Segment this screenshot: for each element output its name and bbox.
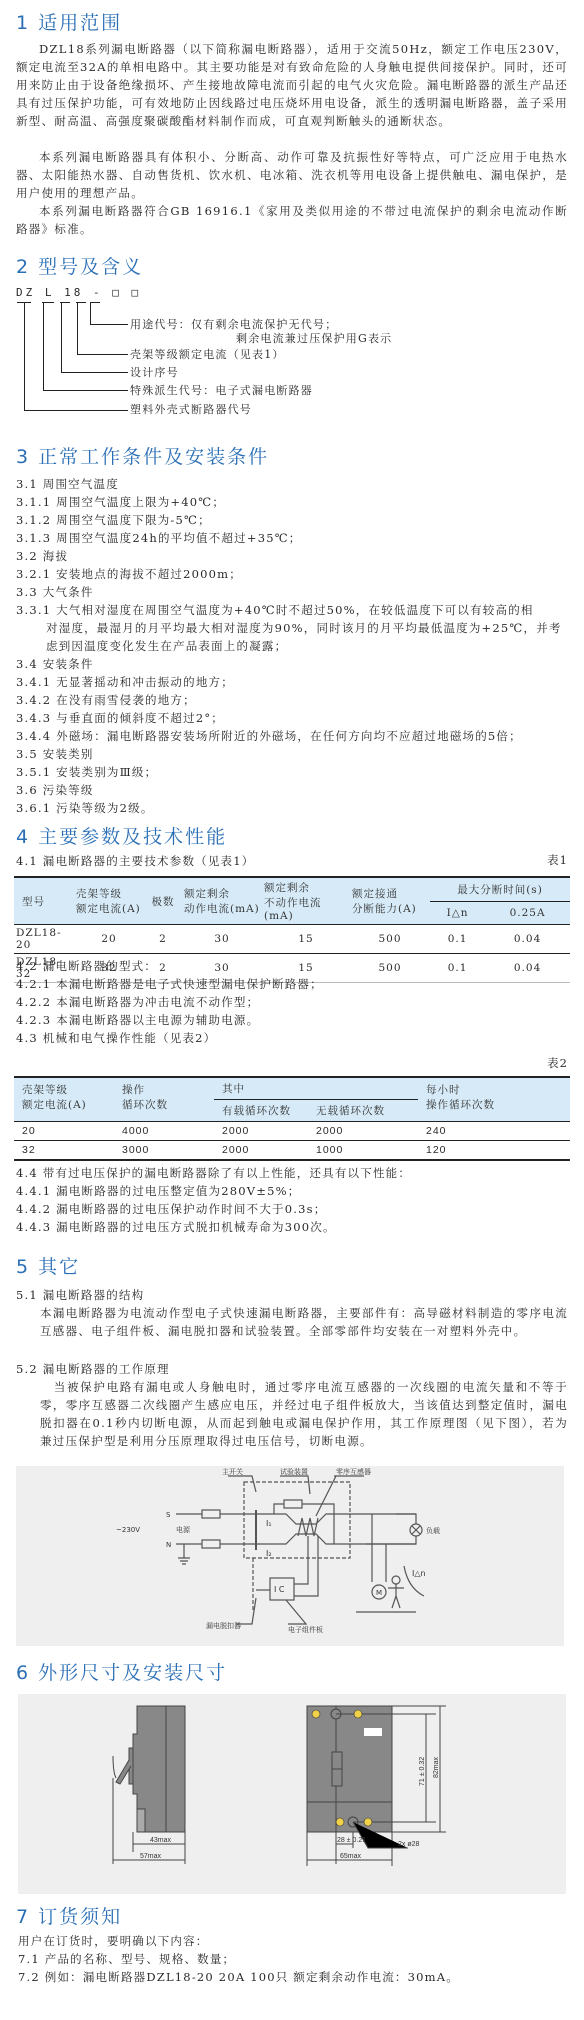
param-intro: 4.1 漏电断路器的主要技术参数（见表1） [16, 852, 254, 870]
type-item: 4.2.3 本漏电断路器以主电源为辅助电源。 [16, 1011, 259, 1029]
col-of-which: 其中 [214, 1077, 418, 1100]
table-row: 20 4000 2000 2000 240 [14, 1122, 570, 1141]
structure-heading: 5.1 漏电断路器的结构 [16, 1286, 144, 1304]
label-main-switch: 主开关 [222, 1467, 243, 1476]
table-row: 32 3000 2000 1000 120 [14, 1141, 570, 1161]
section-1-paragraph-2: 本系列漏电断路器具有体积小、分断高、动作可靠及抗振性好等特点，可广泛应用于电热水… [16, 148, 568, 202]
label-i1: I₁ [266, 1519, 272, 1528]
condition-item: 3.5.1 安装类别为Ⅲ级； [16, 763, 157, 781]
type-item: 4.2.2 本漏电断路器为冲击电流不动作型； [16, 993, 259, 1011]
condition-item-331-head: 3.3.1 大气相对湿度在周围空气温度为+40℃时不超过50%，在较低温度下可以… [16, 603, 534, 617]
label-i2: I₂ [266, 1549, 272, 1558]
col-op-cycles: 操作循环次数 [114, 1077, 214, 1122]
col-max-break-time: 最大分断时间(s) [430, 877, 570, 902]
principle-paragraph: 当被保护电路有漏电或人身触电时，通过零序电流互感器的一次线圈的电流矢量和不等于零… [40, 1378, 568, 1450]
code-desc-mccb: 塑料外壳式断路器代号 [130, 401, 252, 417]
principle-heading: 5.2 漏电断路器的工作原理 [16, 1360, 170, 1378]
outline-dimensions: 43max 57max 28 ± 0.21 65max 2x ø28 71 ± … [18, 1694, 566, 1894]
condition-item: 3.6 污染等级 [16, 781, 94, 799]
col-noload-cycles: 无载循环次数 [308, 1100, 418, 1122]
table-2-operating-performance: 壳架等级额定电流(A) 操作循环次数 其中 每小时操作循环次数 有载循环次数 无… [14, 1076, 570, 1161]
overvoltage-item: 4.4.3 漏电断路器的过电压方式脱扣机械寿命为300次。 [16, 1218, 336, 1236]
order-item: 7.1 产品的名称、型号、规格、数量； [18, 1950, 235, 1968]
type-item: 4.2.1 本漏电断路器是电子式快速型漏电保护断路器； [16, 975, 323, 993]
section-5-title: 5 其它 [16, 1252, 80, 1279]
dim-71: 71 ± 0.32 [419, 1757, 426, 1786]
code-desc-usage-g: 剩余电流兼过压保护用G表示 [236, 330, 392, 346]
condition-item: 3.1.2 周围空气温度下限为-5℃； [16, 511, 211, 529]
condition-item: 3.2.1 安装地点的海拔不超过2000m； [16, 565, 242, 583]
condition-item-331-rest: 对湿度，最湿月的月平均最大相对湿度为90%，同时该月的月平均最低温度为+25℃，… [16, 619, 568, 655]
col-load-cycles: 有载循环次数 [214, 1100, 308, 1122]
col-breaking-capacity: 额定接通分断能力(A) [350, 877, 430, 925]
model-code: DZ L 18 - □ □ [16, 286, 141, 299]
condition-item: 3.2 海拔 [16, 547, 68, 565]
condition-item: 3.4.1 无显著摇动和冲击振动的地方； [16, 673, 234, 691]
dim-65max: 65max [340, 1853, 362, 1860]
label-trip: 漏电脱扣器 [206, 1621, 241, 1630]
condition-item: 3.1.1 周围空气温度上限为+40℃； [16, 493, 225, 511]
condition-item: 3.1.3 周围空气温度24h的平均值不超过+35℃； [16, 529, 302, 547]
label-zct: 零序互感器 [336, 1467, 371, 1476]
type-item: 4.3 机械和电气操作性能（见表2） [16, 1029, 216, 1047]
section-1-paragraph-3: 本系列漏电断路器符合GB 16916.1《家用及类似用途的不带过电流保护的剩余电… [16, 202, 568, 238]
type-item: 4.2 漏电断路器的型式： [16, 957, 157, 975]
section-2-title: 2 型号及含义 [16, 252, 143, 279]
label-power: 电源 [176, 1525, 191, 1534]
label-n: N [166, 1541, 171, 1549]
label-board: 电子组件板 [288, 1625, 323, 1634]
section-3-title: 3 正常工作条件及安装条件 [16, 442, 269, 469]
code-desc-design-serial: 设计序号 [130, 364, 179, 380]
col-non-operating: 额定剩余不动作电流(mA) [262, 877, 350, 925]
overvoltage-item: 4.4.2 漏电断路器的过电压保护动作时间不大于0.3s； [16, 1200, 326, 1218]
overvoltage-item: 4.4 带有过电压保护的漏电断路器除了有以上性能，还具有以下性能： [16, 1164, 411, 1182]
label-ic: I C [274, 1585, 285, 1594]
label-test-device: 试验装置 [280, 1467, 308, 1476]
dim-43max: 43max [150, 1837, 172, 1844]
condition-item: 3.5 安装类别 [16, 745, 94, 763]
code-desc-derivative: 特殊派生代号：电子式漏电断路器 [130, 382, 313, 398]
label-idn: I△n [412, 1569, 426, 1578]
section-1-title: 1 适用范围 [16, 8, 122, 35]
col-poles: 极数 [144, 877, 182, 925]
col-idn: I△n [430, 902, 485, 925]
col-frame-current: 壳架等级额定电流(A) [14, 1077, 114, 1122]
condition-item: 3.1 周围空气温度 [16, 475, 119, 493]
condition-item: 3.4 安装条件 [16, 655, 94, 673]
dimension-drawing: 43max 57max 28 ± 0.21 65max 2x ø28 71 ± … [18, 1694, 566, 1894]
dim-82max: 82max [433, 1756, 440, 1778]
condition-item: 3.3 大气条件 [16, 583, 94, 601]
label-voltage: ~230V [116, 1526, 140, 1534]
section-7-title: 7 订货须知 [16, 1902, 122, 1929]
col-per-hour: 每小时操作循环次数 [418, 1077, 570, 1122]
condition-item-331: 3.3.1 大气相对湿度在周围空气温度为+40℃时不超过50%，在较低温度下可以… [16, 601, 568, 655]
label-motor: M [376, 1589, 382, 1597]
dim-holes: 2x ø28 [398, 1841, 420, 1848]
col-frame-current: 壳架等级额定电流(A) [74, 877, 144, 925]
dim-28: 28 ± 0.21 [337, 1837, 366, 1844]
condition-item: 3.4.2 在没有雨雪侵袭的地方； [16, 691, 196, 709]
table-1-label: 表1 [547, 852, 568, 868]
col-model: 型号 [14, 877, 74, 925]
col-rated-residual: 额定剩余动作电流(mA) [182, 877, 262, 925]
section-6-title: 6 外形尺寸及安装尺寸 [16, 1658, 227, 1685]
structure-paragraph: 本漏电断路器为电流动作型电子式快速漏电断路器，主要部件有：高导磁材料制造的零序电… [40, 1304, 568, 1340]
order-item: 7.2 例如：漏电断路器DZL18-20 20A 100只 额定剩余动作电流：3… [18, 1968, 459, 1986]
label-s: S [166, 1511, 171, 1519]
condition-item: 3.6.1 污染等级为2级。 [16, 799, 154, 817]
dim-57max: 57max [140, 1853, 162, 1860]
table-2-label: 表2 [547, 1055, 568, 1071]
circuit-diagram: 主开关 试验装置 零序互感器 S N ~230V 电源 I₁ I₂ 负载 I C… [16, 1466, 564, 1646]
order-item: 用户在订货时，要明确以下内容： [18, 1932, 209, 1950]
label-load: 负载 [426, 1526, 440, 1535]
working-principle-diagram: 主开关 试验装置 零序互感器 S N ~230V 电源 I₁ I₂ 负载 I C… [16, 1466, 564, 1646]
code-desc-frame-current: 壳架等级额定电流（见表1） [130, 346, 285, 362]
condition-item: 3.4.3 与垂直面的倾斜度不超过2°； [16, 709, 224, 727]
section-1-paragraph-1: DZL18系列漏电断路器（以下简称漏电断路器），适用于交流50Hz，额定工作电压… [16, 40, 568, 130]
overvoltage-item: 4.4.1 漏电断路器的过电压整定值为280V±5%； [16, 1182, 300, 1200]
condition-item: 3.4.4 外磁场：漏电断路器安装场所附近的外磁场，在任何方向均不应超过地磁场的… [16, 727, 522, 745]
col-025a: 0.25A [485, 902, 570, 925]
table-row: DZL18-20 20 2 30 15 500 0.1 0.04 [14, 925, 570, 954]
section-4-title: 4 主要参数及技术性能 [16, 822, 227, 849]
